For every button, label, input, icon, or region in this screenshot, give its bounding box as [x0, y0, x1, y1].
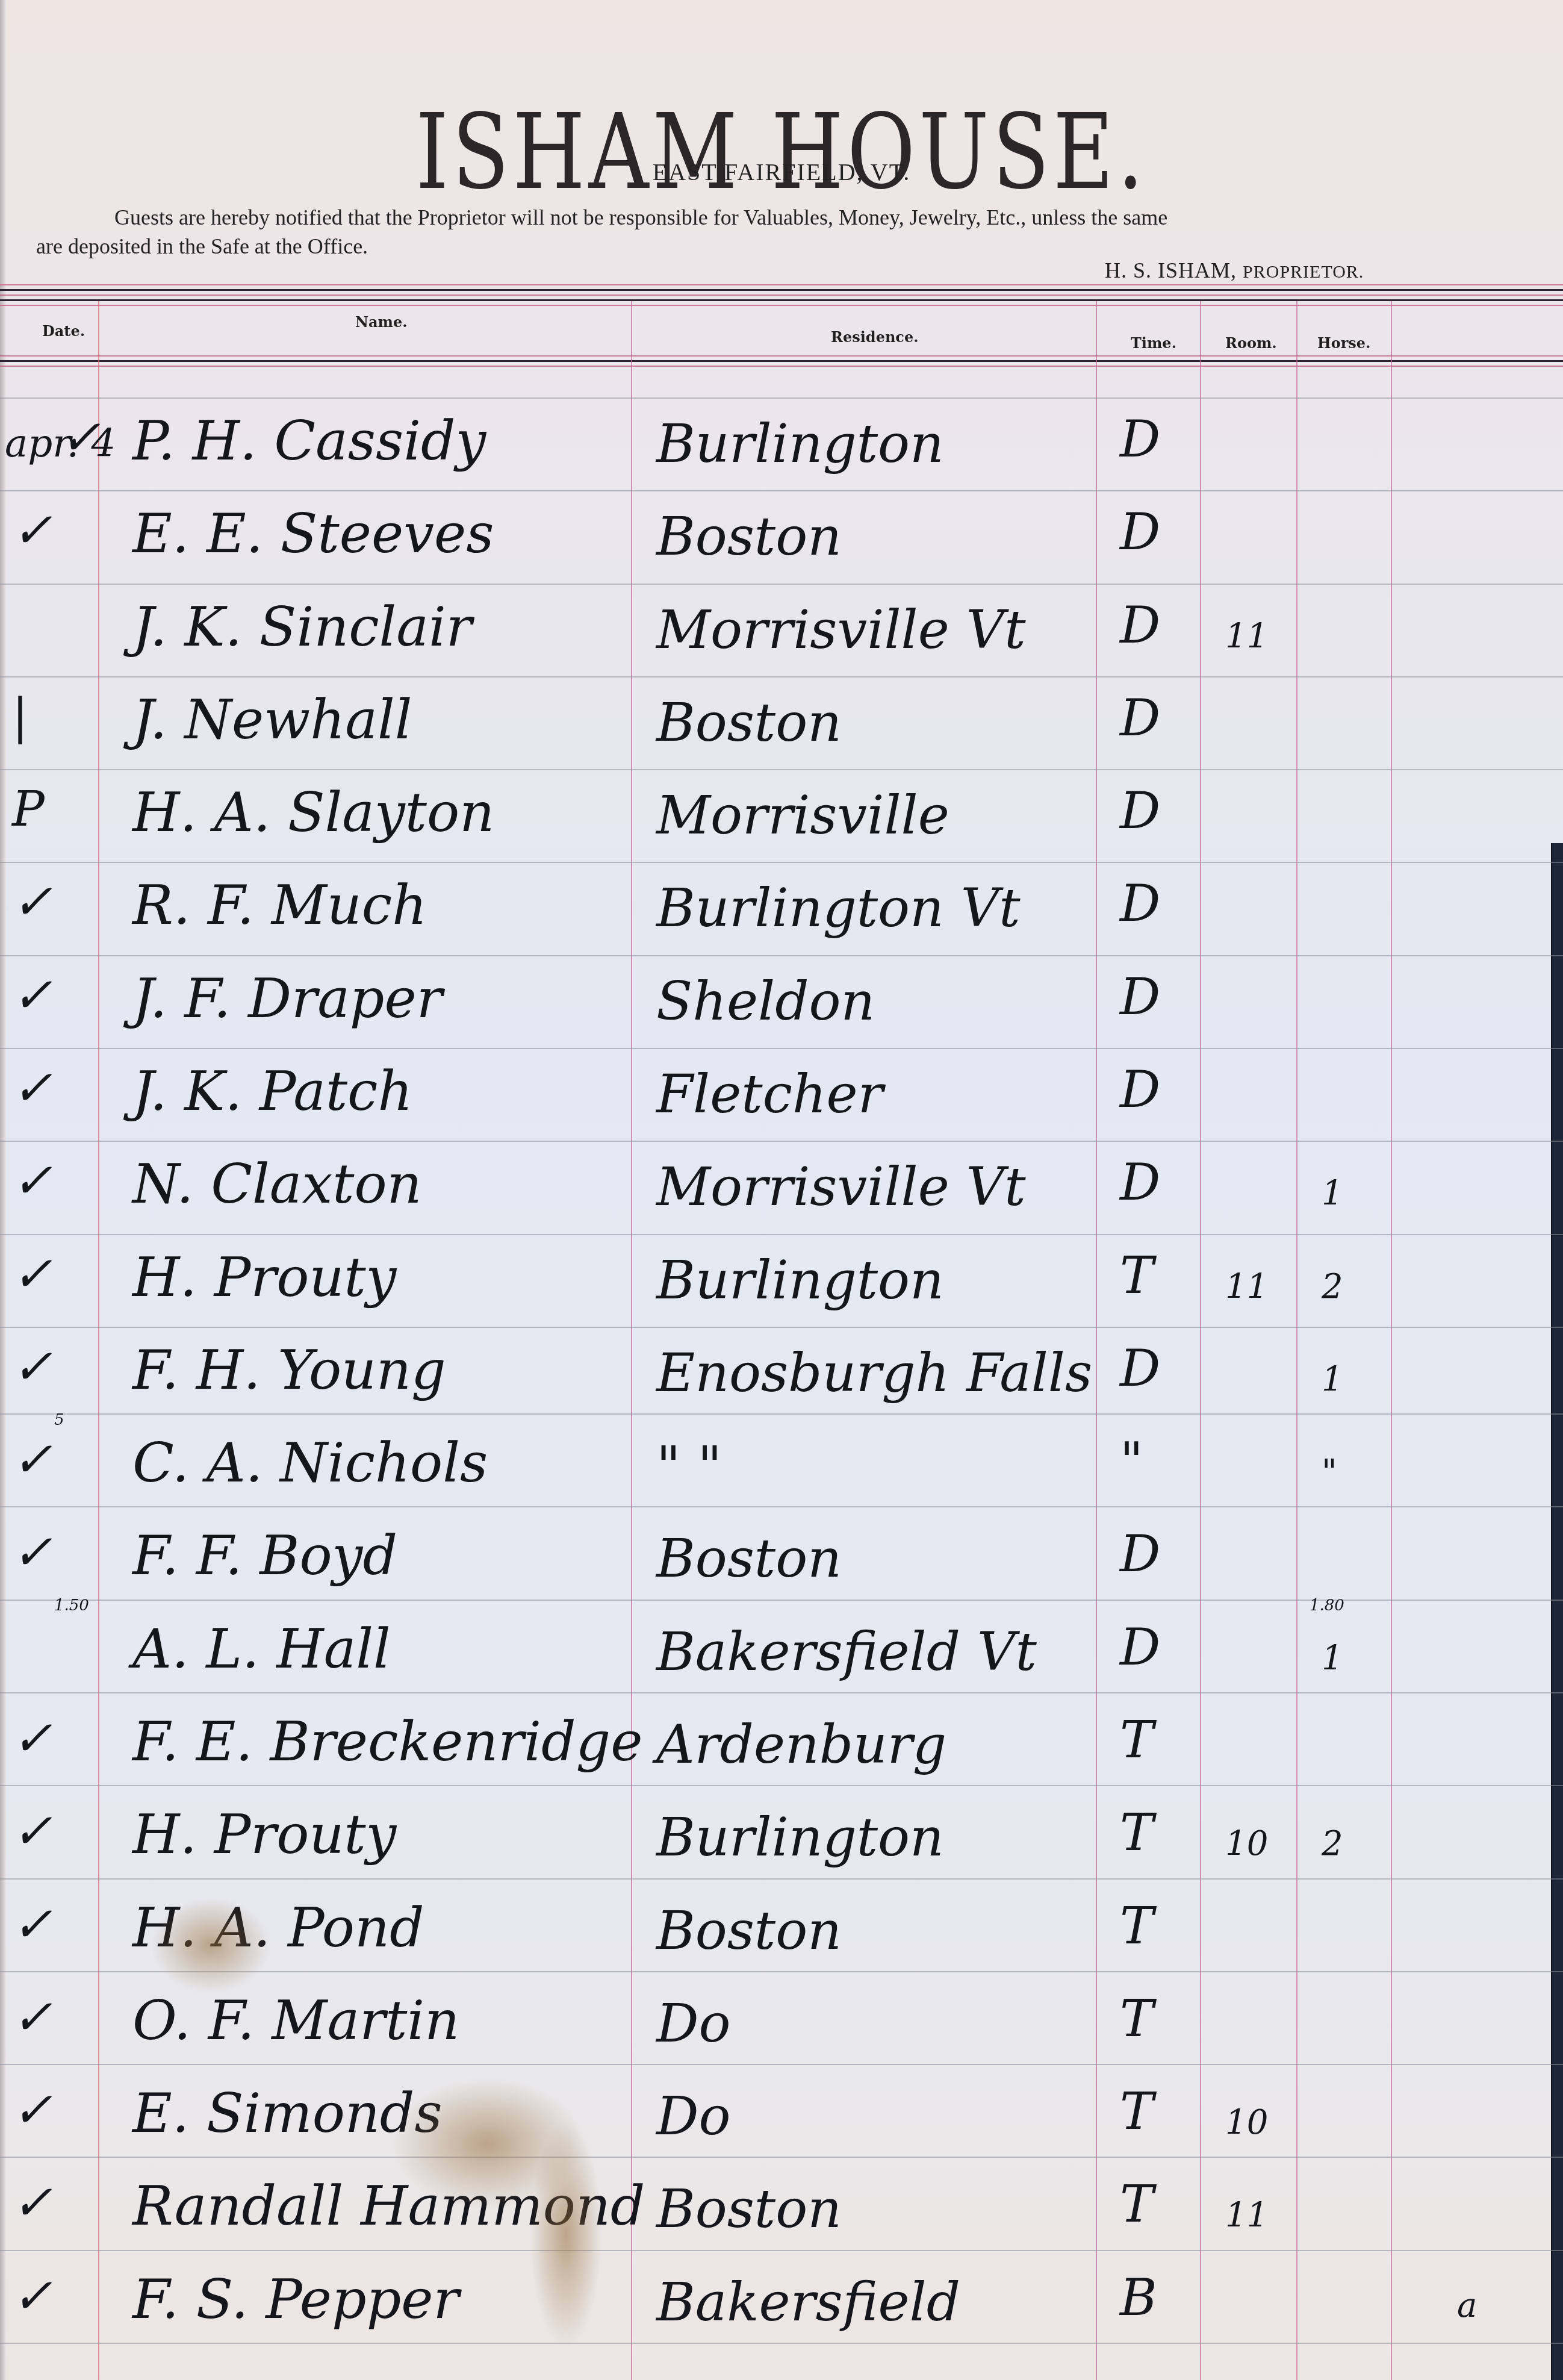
checkmark: ✓ — [12, 1339, 52, 1395]
arrival-time: D — [1120, 1153, 1160, 1212]
proprietor-signature: H. S. ISHAM, PROPRIETOR. — [1105, 258, 1364, 283]
column-header-room: Room. — [1225, 334, 1277, 352]
checkmark: ✓ — [12, 1431, 52, 1487]
row-rule — [0, 1878, 1563, 1880]
arrival-time: T — [1120, 1989, 1154, 2048]
arrival-time: T — [1120, 1710, 1154, 1769]
room-number: 10 — [1225, 1824, 1268, 1863]
proprietor-title: PROPRIETOR. — [1243, 262, 1364, 282]
checkmark: ✓ — [12, 1803, 52, 1859]
row-rule — [0, 1785, 1563, 1786]
row-rule — [0, 2343, 1563, 2344]
arrival-time: D — [1120, 410, 1160, 469]
guest-residence: Ardenburg — [656, 1713, 946, 1775]
arrival-time: T — [1120, 2175, 1154, 2234]
guest-name: R. F. Much — [132, 874, 427, 937]
column-divider-room — [1296, 301, 1297, 2380]
column-header-name: Name. — [355, 313, 408, 331]
guest-name: C. A. Nichols — [132, 1431, 488, 1495]
row-rule — [0, 490, 1563, 491]
header-top-rule — [0, 284, 1563, 310]
arrival-time: D — [1120, 874, 1160, 933]
column-divider-time — [1200, 301, 1201, 2380]
guest-name: F. H. Young — [132, 1339, 446, 1402]
guest-residence: Morrisville — [656, 784, 949, 846]
horse-count: 1 — [1322, 1174, 1343, 1213]
column-divider-horse — [1391, 301, 1392, 2380]
checkmark: ✓ — [12, 1246, 52, 1302]
checkmark: P — [12, 781, 45, 837]
guest-name: F. E. Breckenridge — [132, 1710, 642, 1774]
column-header-horse: Horse. — [1317, 334, 1370, 352]
guest-residence: Bakersfield Vt — [656, 1621, 1037, 1683]
guest-residence: Burlington Vt — [656, 877, 1021, 939]
row-rule — [0, 676, 1563, 678]
arrival-time: T — [1120, 1896, 1154, 1955]
right-margin-note: a — [1457, 2286, 1477, 2325]
liability-notice-line2: are deposited in the Safe at the Office. — [36, 234, 368, 259]
arrival-time: B — [1120, 2268, 1157, 2327]
guest-name: J. K. Sinclair — [132, 596, 472, 659]
row-rule — [0, 1327, 1563, 1328]
guest-name: F. F. Boyd — [132, 1524, 397, 1587]
header-bottom-rule — [0, 355, 1563, 370]
guest-name: J. K. Patch — [132, 1060, 412, 1123]
guest-residence: Fletcher — [656, 1063, 883, 1125]
row-rule — [0, 397, 1563, 399]
guest-name: J. Newhall — [132, 688, 412, 752]
guest-name: P. H. Cassidy — [132, 410, 486, 473]
guest-residence: Morrisville Vt — [656, 599, 1026, 661]
guest-residence: Boston — [656, 1527, 842, 1589]
checkmark: ✓ — [12, 1710, 52, 1766]
column-header-residence: Residence. — [831, 328, 919, 346]
room-number: 11 — [1225, 1267, 1268, 1306]
horse-count: 1 — [1322, 1639, 1343, 1678]
arrival-time: D — [1120, 688, 1160, 747]
stain — [530, 2120, 602, 2349]
row-rule — [0, 1234, 1563, 1235]
checkmark: | — [12, 688, 28, 744]
guest-name: E. E. Steeves — [132, 502, 494, 565]
column-divider-residence — [1096, 301, 1097, 2380]
row-rule — [0, 1506, 1563, 1507]
row-rule — [0, 1692, 1563, 1693]
column-header-time: Time. — [1131, 334, 1176, 352]
stain — [151, 1897, 271, 1993]
row-rule — [0, 1413, 1563, 1415]
hotel-location: EAST FAIRFIELD, VT. — [0, 158, 1563, 186]
proprietor-name: H. S. ISHAM, — [1105, 258, 1237, 282]
arrival-time: D — [1120, 502, 1160, 561]
horse-count: " — [1322, 1453, 1337, 1492]
horse-count: 1 — [1322, 1360, 1343, 1399]
guest-name: H. Prouty — [132, 1246, 396, 1309]
arrival-time: " — [1120, 1431, 1143, 1491]
arrival-time: D — [1120, 596, 1160, 655]
arrival-time: T — [1120, 2082, 1154, 2141]
guest-residence: Boston — [656, 691, 842, 753]
arrival-time: D — [1120, 781, 1160, 840]
checkmark: ✓ — [12, 967, 52, 1023]
arrival-time: T — [1120, 1803, 1154, 1862]
hotel-title: ISHAM HOUSE. — [0, 92, 1563, 213]
row-rule — [0, 2250, 1563, 2251]
guest-residence: Morrisville Vt — [656, 1156, 1026, 1218]
arrival-time: D — [1120, 1524, 1160, 1583]
guest-residence: Burlington — [656, 1249, 944, 1311]
book-binding-edge — [1551, 843, 1563, 2380]
guest-residence: Boston — [656, 505, 842, 567]
guest-name: O. F. Martin — [132, 1989, 459, 2052]
row-rule — [0, 769, 1563, 770]
guest-residence: Enosburgh Falls — [656, 1342, 1092, 1404]
guest-residence: Do — [656, 1992, 731, 2054]
left-margin-note: 1.50 — [54, 1597, 89, 1615]
arrival-time: D — [1120, 1339, 1160, 1398]
guest-name: H. A. Slayton — [132, 781, 494, 844]
guest-residence: Sheldon — [656, 970, 875, 1032]
guest-residence: Do — [656, 2085, 731, 2147]
arrival-time: D — [1120, 967, 1160, 1026]
guest-residence: Boston — [656, 2178, 842, 2240]
checkmark: ✓ — [12, 2268, 52, 2324]
guest-residence: Boston — [656, 1899, 842, 1961]
horse-charge-note: 1.80 — [1310, 1597, 1344, 1615]
column-divider-name — [631, 301, 632, 2380]
liability-notice-line1: Guests are hereby notified that the Prop… — [114, 205, 1167, 230]
guest-residence: " " — [656, 1435, 722, 1497]
checkmark: ✓ — [12, 2082, 52, 2138]
room-number: 11 — [1225, 2196, 1268, 2235]
checkmark: ✓ — [12, 502, 52, 558]
checkmark: ✓ — [12, 2175, 52, 2231]
checkmark: ✓ — [60, 410, 101, 466]
column-divider-date — [98, 301, 99, 2380]
checkmark: ✓ — [12, 1524, 52, 1580]
checkmark: ✓ — [12, 1153, 52, 1209]
checkmark: ✓ — [12, 1060, 52, 1116]
row-rule — [0, 2064, 1563, 2065]
arrival-time: D — [1120, 1618, 1160, 1677]
checkmark: ✓ — [12, 874, 52, 930]
room-number: 10 — [1225, 2103, 1268, 2142]
row-rule — [0, 1141, 1563, 1142]
guest-name: A. L. Hall — [132, 1618, 391, 1681]
horse-count: 2 — [1322, 1267, 1343, 1306]
guest-name: F. S. Pepper — [132, 2268, 459, 2331]
row-rule — [0, 584, 1563, 585]
row-rule — [0, 2157, 1563, 2158]
guest-name: H. Prouty — [132, 1803, 396, 1866]
row-rule — [0, 955, 1563, 956]
row-rule — [0, 862, 1563, 863]
guest-name: J. F. Draper — [132, 967, 443, 1030]
guest-residence: Burlington — [656, 413, 944, 475]
checkmark: ✓ — [12, 1989, 52, 2045]
horse-count: 2 — [1322, 1824, 1343, 1863]
row-rule — [0, 1048, 1563, 1049]
guest-name: N. Claxton — [132, 1153, 422, 1216]
arrival-time: T — [1120, 1246, 1154, 1305]
left-margin-note: 5 — [54, 1411, 64, 1429]
room-number: 11 — [1225, 617, 1268, 656]
checkmark: ✓ — [12, 1896, 52, 1952]
column-header-date: Date. — [42, 322, 85, 340]
guest-residence: Bakersfield — [656, 2271, 960, 2333]
arrival-time: D — [1120, 1060, 1160, 1119]
guest-residence: Burlington — [656, 1806, 944, 1868]
